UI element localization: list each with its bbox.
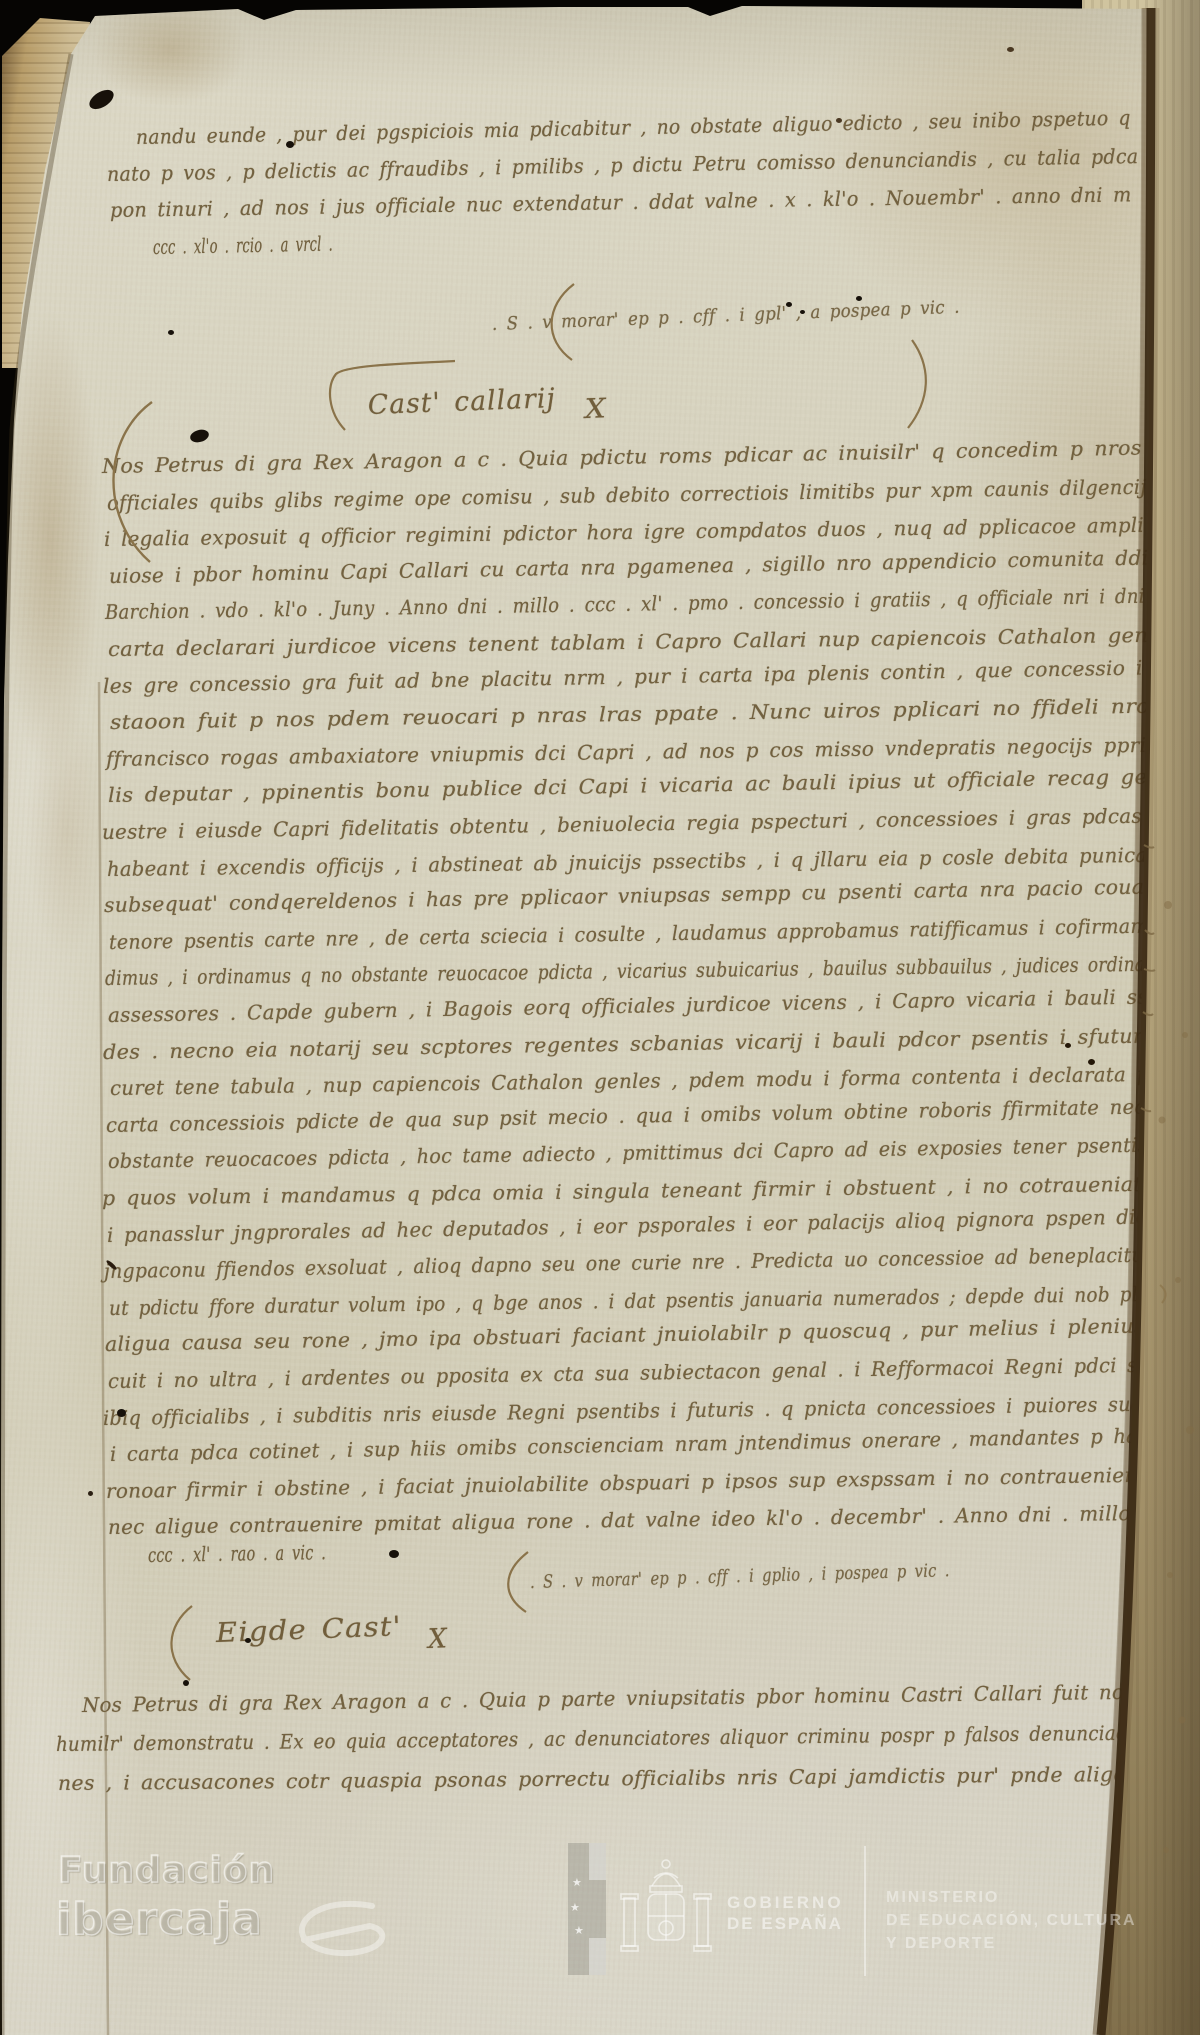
ink-blot [836, 118, 842, 123]
ink-blot [117, 1409, 126, 1417]
ink-blot [245, 1638, 251, 1643]
ink-blot [286, 141, 294, 148]
ink-blot [856, 296, 862, 301]
flag-star-icon: ★ [570, 1901, 580, 1914]
ink-blot [189, 428, 210, 445]
flag-notch-bottom [589, 1938, 606, 1975]
photograph-of-manuscript: { "manuscript": { "ink_color": "#6b5936"… [0, 0, 1200, 2035]
ink-blot [88, 1491, 93, 1496]
flag-notch-top [589, 1843, 606, 1880]
ink-blot [1065, 1043, 1071, 1048]
ink-blot-layer [0, 0, 1200, 2035]
ink-blot [786, 302, 792, 307]
ink-blot [1088, 1059, 1095, 1065]
ink-blot [105, 1259, 117, 1271]
ink-blot [800, 310, 805, 314]
ink-blot [183, 1680, 189, 1686]
watermark-divider [864, 1846, 866, 1976]
ink-blot [389, 1550, 399, 1558]
manuscript-page: nandu eunde , pur dei pgspiciois mia pdi… [0, 0, 1200, 2035]
flag-star-icon: ★ [574, 1924, 584, 1937]
ink-blot [1007, 47, 1014, 52]
ink-blot [86, 86, 117, 113]
flag-star-icon: ★ [572, 1876, 582, 1889]
ink-blot [168, 330, 174, 335]
